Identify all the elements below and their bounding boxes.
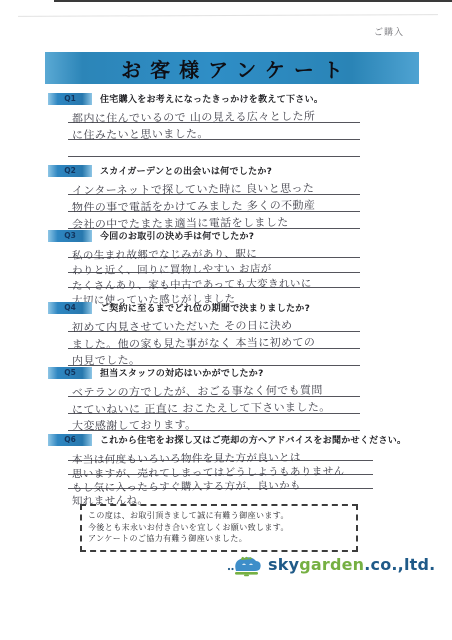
q3-question-text: 今回のお取引の決め手は何でしたか? [100, 229, 254, 242]
company-logo: skygarden.co.,ltd. [227, 551, 435, 578]
logo-text-garden: garden [299, 555, 364, 574]
answer-line: 初めて内見させていただいた その日に決め [68, 315, 360, 332]
q4-handwritten-answer: 初めて内見させていただいた その日に決め [68, 318, 293, 335]
thank-you-box: この度は、お取引頂きまして誠に有難う御座います。 今後とも末永いお付き合いを宜し… [80, 504, 358, 552]
questionnaire-page: ご購入 お客様アンケート Q1 住宅購入をお考えになったきっかけを教えて下さい。… [0, 0, 452, 640]
q3-question-row: Q3 今回のお取引の決め手は何でしたか? [48, 229, 422, 242]
q5-answer-area: ベテランの方でしたが、おごる事なく何でも質問 にていねいに 正直に おこたえして… [68, 380, 422, 431]
logo-text-sky: sky [268, 555, 299, 574]
thank-you-line: 今後とも末永いお付き合いを宜しくお願い致します。 [88, 522, 350, 534]
q6-handwritten-answer: もし気に入ったらすぐ購入する方が、良いかも [68, 480, 301, 495]
q6-answer-area: 本当は何度もいろいろ物件を見た方が良いとは 思いますが、売れてしまってはどうしよ… [68, 447, 422, 502]
answer-line: ベテランの方でしたが、おごる事なく何でも質問 [68, 380, 360, 397]
q4-label-badge: Q4 [48, 302, 92, 314]
skygarden-logo-icon [227, 551, 265, 578]
scan-artifact-line [18, 14, 438, 17]
q1-label-badge: Q1 [48, 93, 92, 105]
q5-handwritten-answer: ベテランの方でしたが、おごる事なく何でも質問 [68, 383, 323, 401]
answer-line-empty [68, 140, 360, 157]
q4-question-text: ご契約に至るまでどれ位の期間で決まりましたか? [100, 301, 310, 314]
q5-question-row: Q5 担当スタッフの対応はいかがでしたか? [48, 366, 422, 379]
q3-handwritten-answer: たくさんあり、家も中古であっても大変きれいに [68, 278, 312, 294]
answer-line: インターネットで探していた時に 良いと思った [68, 178, 360, 195]
q5-handwritten-answer: にていねいに 正直に おこたえして下さいました。 [68, 400, 331, 418]
q6-question-text: これから住宅をお探し又はご売却の方へアドバイスをお聞かせください。 [100, 433, 406, 446]
q3-handwritten-answer: 私の生まれ故郷でなじみがあり、駅に [68, 248, 257, 263]
answer-line: 都内に住んでいるので 山の見える広々とした所 [68, 106, 360, 123]
q1-answer-area: 都内に住んでいるので 山の見える広々とした所 に住みたいと思いました。 [68, 106, 422, 157]
question-block-q2: Q2 スカイガーデンとの出会いは何でしたか? インターネットで探していた時に 良… [48, 164, 422, 229]
q1-question-row: Q1 住宅購入をお考えになったきっかけを教えて下さい。 [48, 92, 422, 105]
question-block-q4: Q4 ご契約に至るまでどれ位の期間で決まりましたか? 初めて内見させていただいた… [48, 301, 422, 366]
question-block-q3: Q3 今回のお取引の決め手は何でしたか? 私の生まれ故郷でなじみがあり、駅に わ… [48, 229, 422, 302]
q3-handwritten-answer: わりと近く、回りに買物しやすい お店が [68, 263, 272, 278]
q6-handwritten-answer: 本当は何度もいろいろ物件を見た方が良いとは [68, 452, 301, 467]
scan-edge-line [54, 0, 452, 2]
q2-question-row: Q2 スカイガーデンとの出会いは何でしたか? [48, 164, 422, 177]
q2-handwritten-answer: インターネットで探していた時に 良いと思った [68, 181, 314, 199]
question-block-q5: Q5 担当スタッフの対応はいかがでしたか? ベテランの方でしたが、おごる事なく何… [48, 366, 422, 431]
q5-handwritten-answer: 大変感謝しております。 [68, 417, 197, 433]
answer-line: 本当は何度もいろいろ物件を見た方が良いとは [68, 447, 373, 461]
q1-handwritten-answer: 都内に住んでいるので 山の見える広々とした所 [68, 109, 315, 127]
q2-handwritten-answer: 物件の事で電話をかけてみました 多くの不動産 [68, 198, 315, 216]
thank-you-line: アンケートのご協力有難う御座いました。 [88, 533, 350, 545]
q3-label-badge: Q3 [48, 230, 92, 242]
q6-question-row: Q6 これから住宅をお探し又はご売却の方へアドバイスをお聞かせください。 [48, 433, 422, 446]
purchase-type-label: ご購入 [374, 25, 404, 38]
q4-question-row: Q4 ご契約に至るまでどれ位の期間で決まりましたか? [48, 301, 422, 314]
thank-you-line: この度は、お取引頂きまして誠に有難う御座います。 [88, 510, 350, 522]
q3-answer-area: 私の生まれ故郷でなじみがあり、駅に わりと近く、回りに買物しやすい お店が たく… [68, 243, 422, 302]
q1-question-text: 住宅購入をお考えになったきっかけを教えて下さい。 [100, 92, 323, 105]
title-banner: お客様アンケート [45, 52, 419, 84]
question-block-q1: Q1 住宅購入をお考えになったきっかけを教えて下さい。 都内に住んでいるので 山… [48, 92, 422, 157]
logo-text-suffix: .co.,ltd. [364, 555, 435, 574]
q5-label-badge: Q5 [48, 367, 92, 379]
q2-answer-area: インターネットで探していた時に 良いと思った 物件の事で電話をかけてみました 多… [68, 178, 422, 229]
q4-answer-area: 初めて内見させていただいた その日に決め ました。他の家も見た事がなく 本当に初… [68, 315, 422, 366]
q4-handwritten-answer: ました。他の家も見た事がなく 本当に初めての [68, 335, 315, 353]
page-title: お客様アンケート [112, 54, 352, 83]
answer-line: 私の生まれ故郷でなじみがあり、駅に [68, 243, 360, 258]
q1-handwritten-answer: に住みたいと思いました。 [68, 126, 209, 142]
q2-label-badge: Q2 [48, 165, 92, 177]
q2-question-text: スカイガーデンとの出会いは何でしたか? [100, 164, 272, 177]
question-block-q6: Q6 これから住宅をお探し又はご売却の方へアドバイスをお聞かせください。 本当は… [48, 433, 422, 502]
q5-question-text: 担当スタッフの対応はいかがでしたか? [100, 366, 264, 379]
q6-label-badge: Q6 [48, 434, 92, 446]
